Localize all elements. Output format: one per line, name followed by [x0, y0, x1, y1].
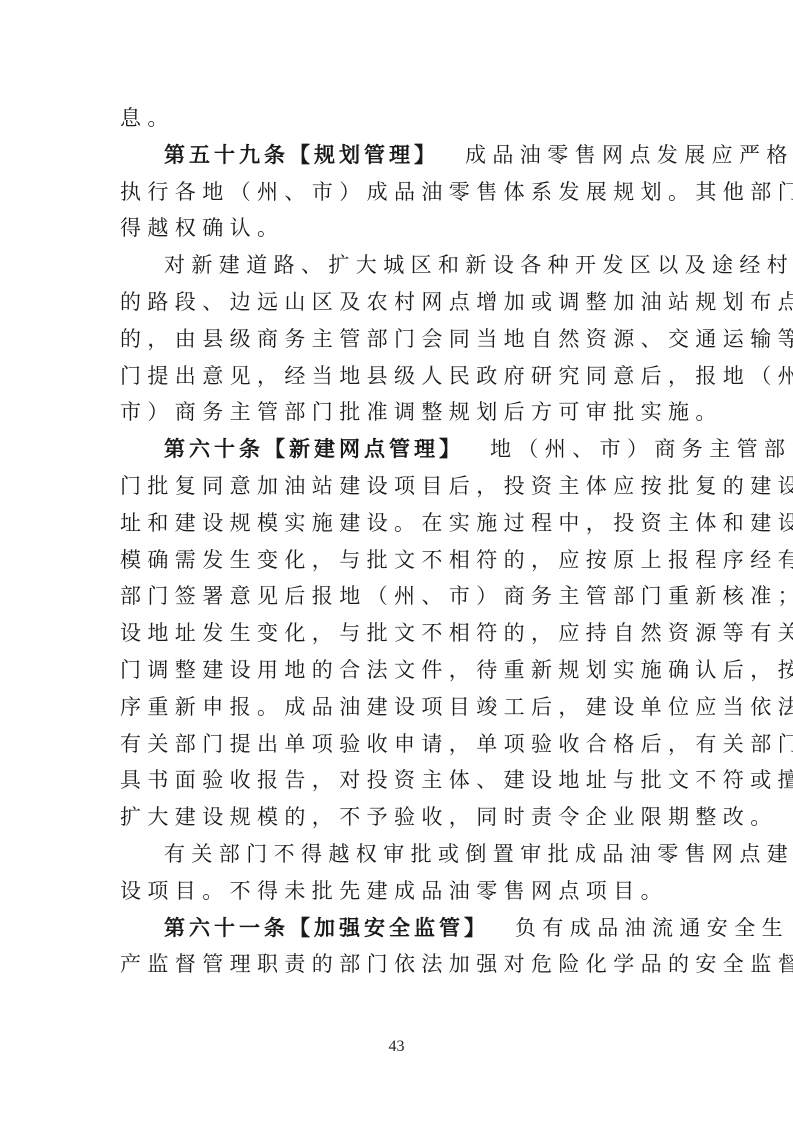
- line-text: 扩大建设规模的，不予验收，同时责令企业限期整改。: [120, 805, 778, 829]
- article-60-heading-line: 第六十条【新建网点管理】地（州、市）商务主管部: [120, 431, 673, 468]
- text-line: 设项目。不得未批先建成品油零售网点项目。: [120, 873, 673, 910]
- article-heading: 第六十条【新建网点管理】: [164, 437, 464, 461]
- text-line: 对新建道路、扩大城区和新设各种开发区以及途经村镇: [120, 247, 673, 284]
- text-line: 部门签署意见后报地（州、市）商务主管部门重新核准；建: [120, 578, 673, 615]
- line-text: 有关部门不得越权审批或倒置审批成品油零售网点建: [164, 842, 793, 866]
- text-line: 市）商务主管部门批准调整规划后方可审批实施。: [120, 394, 673, 431]
- text-line: 执行各地（州、市）成品油零售体系发展规划。其他部门不: [120, 174, 673, 211]
- text-line: 产监督管理职责的部门依法加强对危险化学品的安全监督: [120, 946, 673, 983]
- page-number: 43: [0, 1038, 793, 1056]
- line-text: 设项目。不得未批先建成品油零售网点项目。: [120, 879, 668, 903]
- text-line: 有关部门不得越权审批或倒置审批成品油零售网点建: [120, 836, 673, 873]
- text-line: 模确需发生变化，与批文不相符的，应按原上报程序经有关: [120, 542, 673, 579]
- text-line: 的路段、边远山区及农村网点增加或调整加油站规划布点: [120, 284, 673, 321]
- line-text: 部门签署意见后报地（州、市）商务主管部门重新核准；建: [120, 584, 793, 608]
- text-line: 有关部门提出单项验收申请，单项验收合格后，有关部门出: [120, 726, 673, 763]
- article-59-heading-line: 第五十九条【规划管理】成品油零售网点发展应严格: [120, 137, 673, 174]
- text-line: 址和建设规模实施建设。在实施过程中，投资主体和建设规: [120, 505, 673, 542]
- text-line: 门批复同意加油站建设项目后，投资主体应按批复的建设地: [120, 468, 673, 505]
- line-text: 的，由县级商务主管部门会同当地自然资源、交通运输等部: [120, 327, 793, 351]
- line-text: 设地址发生变化，与批文不相符的，应持自然资源等有关部: [120, 621, 793, 645]
- text-line: 序重新申报。成品油建设项目竣工后，建设单位应当依法向: [120, 689, 673, 726]
- line-text: 产监督管理职责的部门依法加强对危险化学品的安全监督: [120, 952, 793, 976]
- line-text: 门提出意见，经当地县级人民政府研究同意后，报地（州、: [120, 364, 793, 388]
- article-heading: 第五十九条【规划管理】: [164, 143, 439, 167]
- line-text: 息。: [120, 106, 175, 130]
- line-text: 对新建道路、扩大城区和新设各种开发区以及途经村镇: [164, 253, 793, 277]
- line-text: 负有成品油流通安全生: [515, 916, 789, 940]
- line-text: 地（州、市）商务主管部: [490, 437, 791, 461]
- document-body: 息。 第五十九条【规划管理】成品油零售网点发展应严格 执行各地（州、市）成品油零…: [120, 100, 673, 983]
- line-text: 具书面验收报告，对投资主体、建设地址与批文不符或擅自: [120, 768, 793, 792]
- article-61-heading-line: 第六十一条【加强安全监管】负有成品油流通安全生: [120, 910, 673, 947]
- line-text: 有关部门提出单项验收申请，单项验收合格后，有关部门出: [120, 732, 793, 756]
- text-line: 门调整建设用地的合法文件，待重新规划实施确认后，按程: [120, 652, 673, 689]
- article-heading: 第六十一条【加强安全监管】: [164, 916, 489, 940]
- line-text: 成品油零售网点发展应严格: [465, 143, 793, 167]
- text-line: 的，由县级商务主管部门会同当地自然资源、交通运输等部: [120, 321, 673, 358]
- text-line: 得越权确认。: [120, 210, 673, 247]
- line-text: 模确需发生变化，与批文不相符的，应按原上报程序经有关: [120, 548, 793, 572]
- text-line: 扩大建设规模的，不予验收，同时责令企业限期整改。: [120, 799, 673, 836]
- text-line: 设地址发生变化，与批文不相符的，应持自然资源等有关部: [120, 615, 673, 652]
- line-text: 门批复同意加油站建设项目后，投资主体应按批复的建设地: [120, 474, 793, 498]
- text-line: 息。: [120, 100, 673, 137]
- line-text: 门调整建设用地的合法文件，待重新规划实施确认后，按程: [120, 658, 793, 682]
- line-text: 址和建设规模实施建设。在实施过程中，投资主体和建设规: [120, 511, 793, 535]
- line-text: 执行各地（州、市）成品油零售体系发展规划。其他部门不: [120, 180, 793, 204]
- text-line: 门提出意见，经当地县级人民政府研究同意后，报地（州、: [120, 358, 673, 395]
- document-page: 息。 第五十九条【规划管理】成品油零售网点发展应严格 执行各地（州、市）成品油零…: [0, 0, 793, 1122]
- line-text: 序重新申报。成品油建设项目竣工后，建设单位应当依法向: [120, 695, 793, 719]
- line-text: 市）商务主管部门批准调整规划后方可审批实施。: [120, 400, 723, 424]
- line-text: 的路段、边远山区及农村网点增加或调整加油站规划布点: [120, 290, 793, 314]
- line-text: 得越权确认。: [120, 216, 284, 240]
- text-line: 具书面验收报告，对投资主体、建设地址与批文不符或擅自: [120, 762, 673, 799]
